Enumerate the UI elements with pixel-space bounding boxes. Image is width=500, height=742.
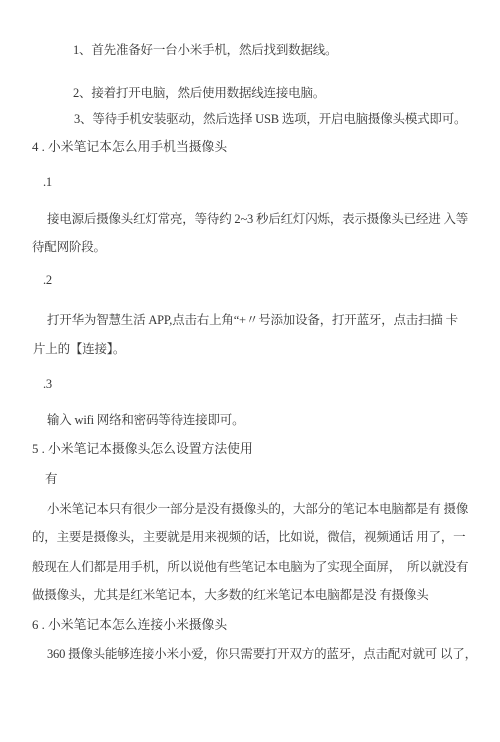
para-laptop-line-4: 做摄像头，尤其是红米笔记本，大多数的红米笔记本电脑都是没 有摄像头: [32, 588, 429, 602]
para-360-camera: 360 摄像头能够连接小米小爱，你只需要打开双方的蓝牙，点击配对就可 以了，: [47, 647, 477, 661]
document-page: 1、首先准备好一台小米手机，然后找到数据线。 2、接着打开电脑，然后使用数据线连…: [0, 0, 500, 742]
para-wifi: 输入 wifi 网络和密码等待连接即可。: [47, 413, 244, 427]
para-app-line-2: 片上的【连接】。: [33, 342, 125, 356]
section-heading-4: 4 . 小米笔记本怎么用手机当摄像头: [32, 140, 227, 154]
para-power-line-2: 待配网阶段。: [32, 240, 106, 254]
para-laptop-line-1: 小米笔记本只有很少一部分是没有摄像头的，大部分的笔记本电脑都是有 摄像: [47, 502, 468, 516]
para-laptop-line-2: 的，主要是摄像头，主要就是用来视频的话，比如说，微信，视频通话 用了，一: [32, 530, 465, 544]
para-app-line-1: 打开华为智慧生活 APP,点击右上角“+〃号添加设备，打开蓝牙，点击扫描 卡: [47, 313, 458, 327]
step-1: 1、首先准备好一台小米手机，然后找到数据线。: [73, 43, 337, 57]
step-2: 2、接着打开电脑，然后使用数据线连接电脑。: [73, 86, 325, 100]
substep-2-label: .2: [43, 273, 52, 287]
answer-yes: 有: [45, 472, 57, 486]
substep-3-label: .3: [43, 377, 52, 391]
para-laptop-line-3: 般现在人们都是用手机，所以说他有些笔记本电脑为了实现全面屏， 所以就没有: [32, 560, 468, 574]
substep-1-label: .1: [43, 175, 52, 189]
step-3: 3、等待手机安装驱动，然后选择 USB 选项，开启电脑摄像头模式即可。: [74, 112, 466, 126]
section-heading-5: 5 . 小米笔记本摄像头怎么设置方法使用: [32, 442, 253, 456]
para-power-line-1: 接电源后摄像头红灯常亮，等待约 2~3 秒后红灯闪烁，表示摄像头已经进 入等: [47, 212, 468, 226]
section-heading-6: 6 . 小米笔记本怎么连接小米摄像头: [32, 618, 227, 632]
